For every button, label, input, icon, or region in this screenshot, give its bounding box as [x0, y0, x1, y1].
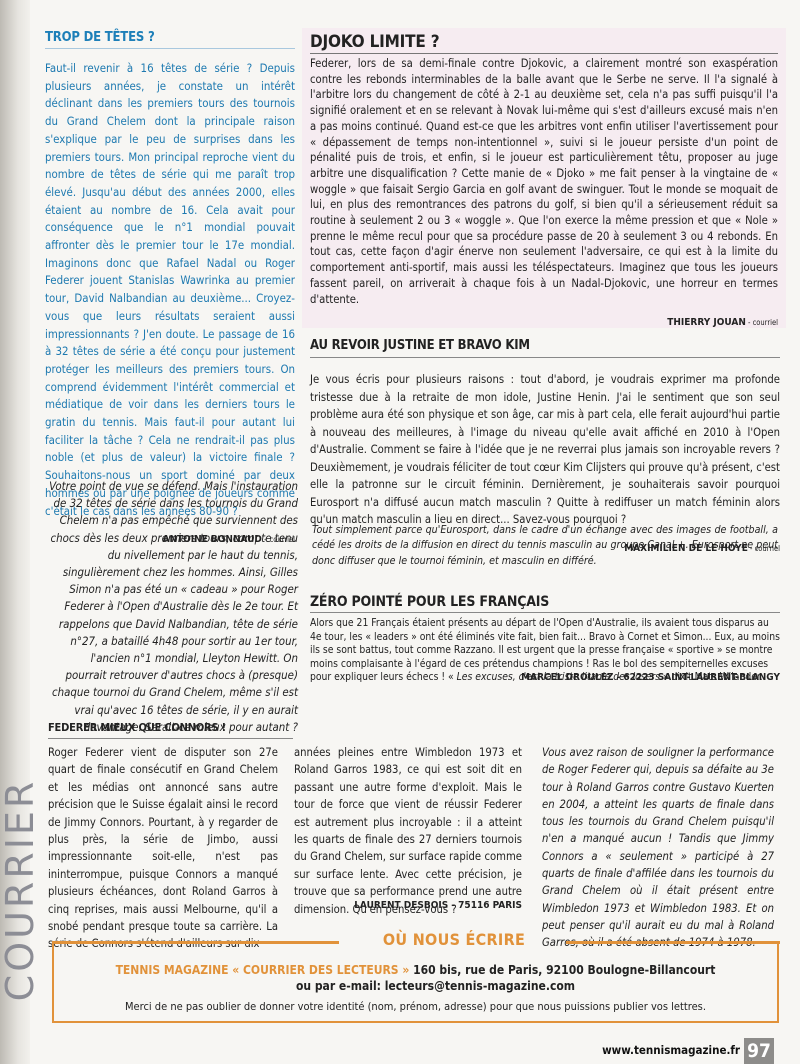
- letter-title: TROP DE TÊTES ?: [45, 30, 295, 49]
- magazine-name: TENNIS MAGAZINE « COURRIER DES LECTEURS …: [116, 963, 410, 977]
- letter-body-col1: Roger Federer vient de disputer son 27e …: [48, 744, 278, 953]
- contact-note: Merci de ne pas oublier de donner votre …: [54, 1000, 777, 1013]
- letter-body: Faut-il revenir à 16 têtes de série ? De…: [45, 60, 295, 520]
- signature-source: - courriel: [746, 318, 778, 327]
- contact-address: TENNIS MAGAZINE « COURRIER DES LECTEURS …: [54, 963, 777, 977]
- magazine-page: COURRIER TROP DE TÊTES ? Faut-il revenir…: [0, 0, 800, 1064]
- letter-au-revoir-justine: AU REVOIR JUSTINE ET BRAVO KIM Je vous é…: [310, 338, 780, 554]
- box-border: [566, 941, 780, 944]
- section-label-text: COURRIER: [0, 779, 42, 1002]
- letter-title: FEDERER MIEUX QUE CONNORS !: [48, 721, 293, 739]
- postal-address: 160 bis, rue de Paris, 92100 Boulogne-Bi…: [409, 963, 715, 977]
- section-label-vertical: COURRIER: [0, 730, 40, 1050]
- contact-box: OÙ NOUS ÉCRIRE TENNIS MAGAZINE « COURRIE…: [52, 943, 779, 1023]
- box-border: [52, 941, 339, 944]
- letter-title: DJOKO LIMITE ?: [310, 28, 778, 54]
- editor-reply: Votre point de vue se défend. Mais l'ins…: [48, 478, 298, 736]
- letter-body-col2: années pleines entre Wimbledon 1973 et R…: [294, 744, 522, 918]
- signature-name: THIERRY JOUAN: [667, 317, 746, 328]
- letter-trop-de-tetes: TROP DE TÊTES ? Faut-il revenir à 16 têt…: [45, 30, 295, 545]
- editor-reply: Tout simplement parce qu'Eurosport, dans…: [312, 523, 778, 569]
- letter-signature: THIERRY JOUAN - courriel: [302, 317, 778, 328]
- letter-body: Federer, lors de sa demi-finale contre D…: [310, 56, 778, 307]
- contact-email[interactable]: ou par e-mail: lecteurs@tennis-magazine.…: [54, 979, 777, 993]
- website-link[interactable]: www.tennismagazine.fr: [570, 1043, 740, 1057]
- editor-reply: Vous avez raison de souligner la perform…: [542, 744, 774, 952]
- letter-signature: LAURENT DESBOIS - 75116 PARIS: [294, 900, 522, 911]
- letter-body: Je vous écris pour plusieurs raisons : t…: [310, 371, 780, 529]
- letter-zero-pointe: ZÉRO POINTÉ POUR LES FRANÇAIS Alors que …: [310, 594, 780, 683]
- letter-djoko-limite: DJOKO LIMITE ? Federer, lors de sa demi-…: [302, 28, 786, 328]
- letter-title: AU REVOIR JUSTINE ET BRAVO KIM: [310, 338, 780, 358]
- page-number: 97: [744, 1038, 774, 1064]
- letter-title: ZÉRO POINTÉ POUR LES FRANÇAIS: [310, 594, 780, 613]
- contact-title: OÙ NOUS ÉCRIRE: [344, 930, 564, 949]
